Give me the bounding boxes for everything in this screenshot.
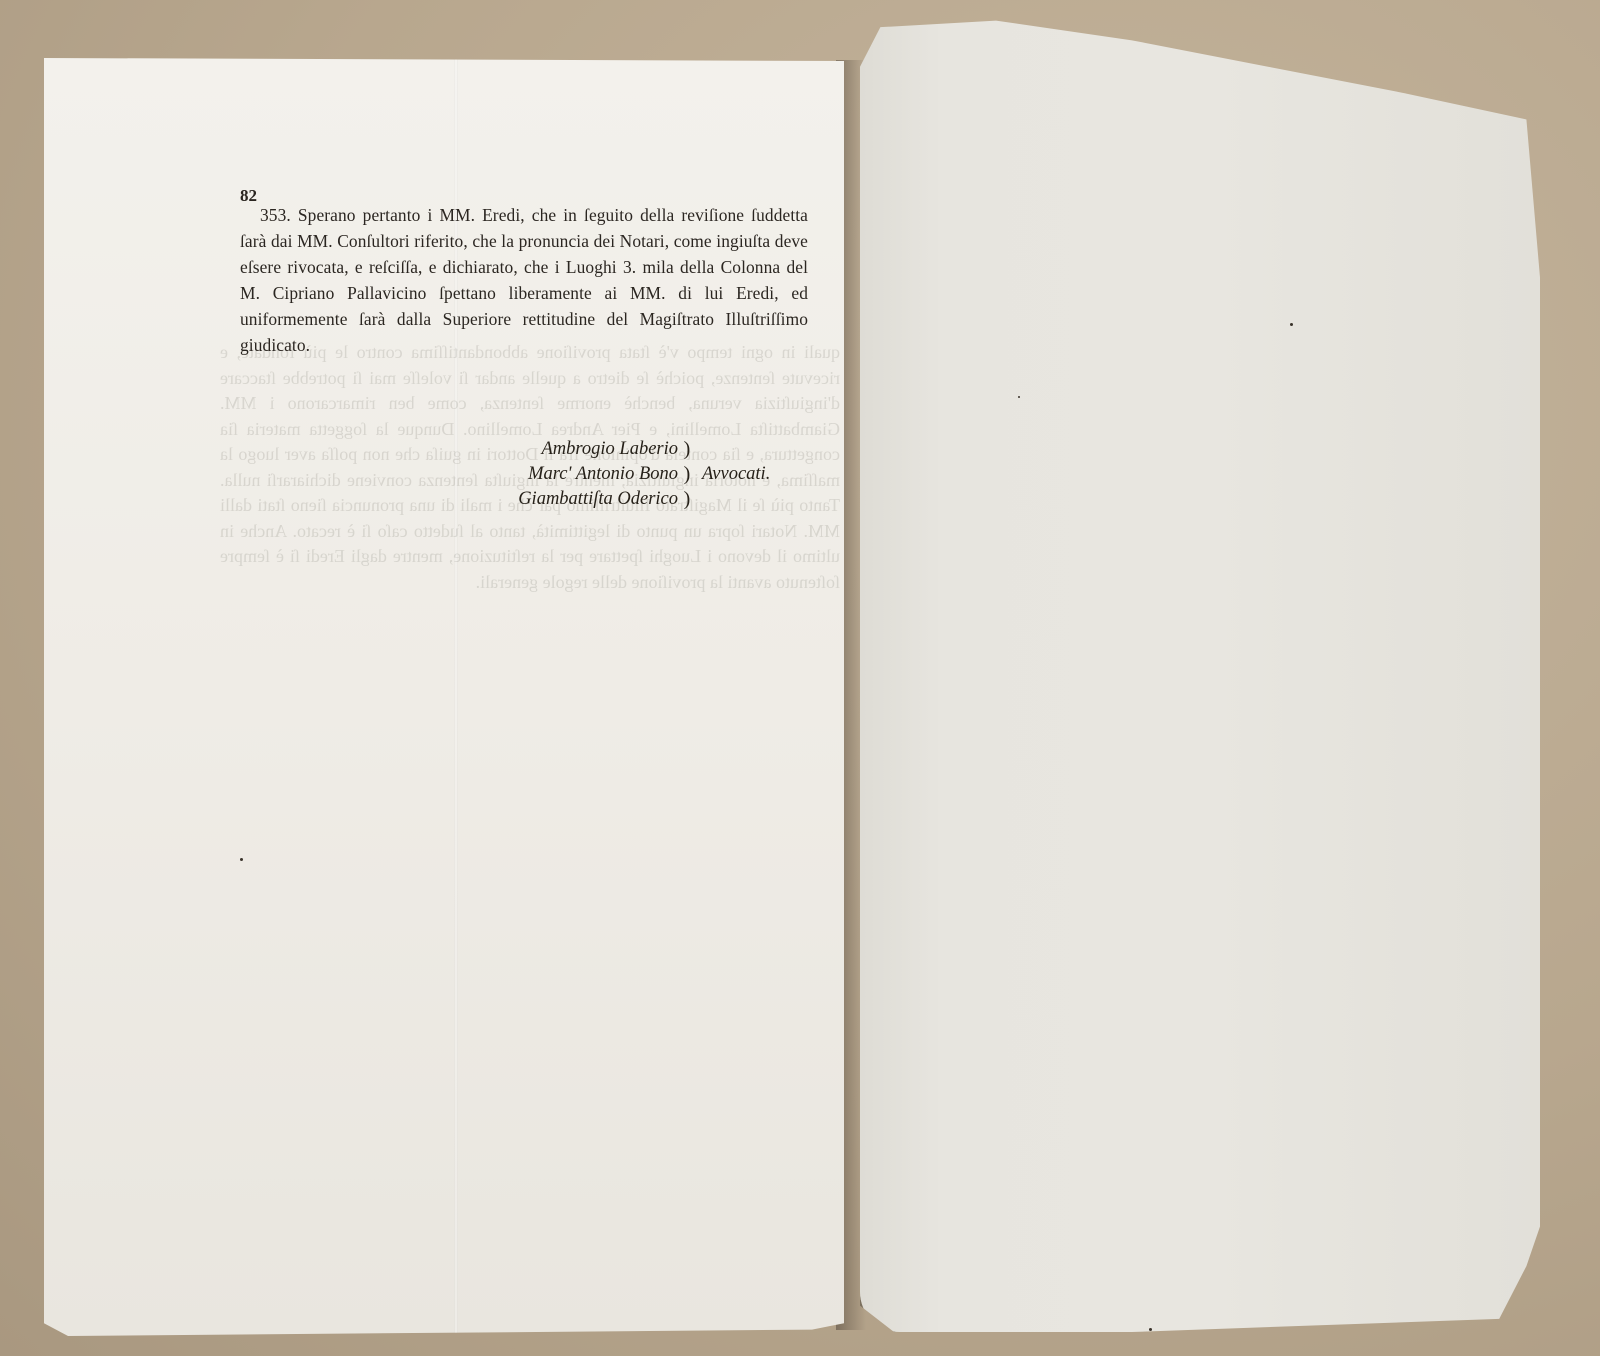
signatory-name: Ambrogio Laberio: [490, 437, 678, 462]
paper-speck: [240, 858, 243, 861]
signature-block: Ambrogio Laberio ) Marc' Antonio Bono ) …: [490, 437, 696, 512]
paper-speck: [1290, 323, 1293, 326]
signatory-name: Giambattiſta Oderico: [490, 487, 678, 512]
paragraph-text: Sperano pertanto i MM. Eredi, che in ſeg…: [240, 205, 808, 355]
paper-speck: [1149, 1328, 1152, 1331]
signatory-row: Marc' Antonio Bono ): [490, 462, 696, 487]
right-page-blank: [860, 14, 1540, 1332]
signatory-role: Avvocati.: [702, 462, 770, 487]
signatory-row: Giambattiſta Oderico ): [490, 487, 696, 512]
paragraph-353: 353. Sperano pertanto i MM. Eredi, che i…: [240, 202, 808, 358]
brace: ): [678, 462, 696, 487]
signatory-row: Ambrogio Laberio ): [490, 437, 696, 462]
brace: ): [678, 437, 696, 462]
signatory-name: Marc' Antonio Bono: [490, 462, 678, 487]
paragraph-number: 353.: [260, 205, 291, 225]
brace: ): [678, 487, 696, 512]
paper-speck: [1018, 396, 1020, 398]
